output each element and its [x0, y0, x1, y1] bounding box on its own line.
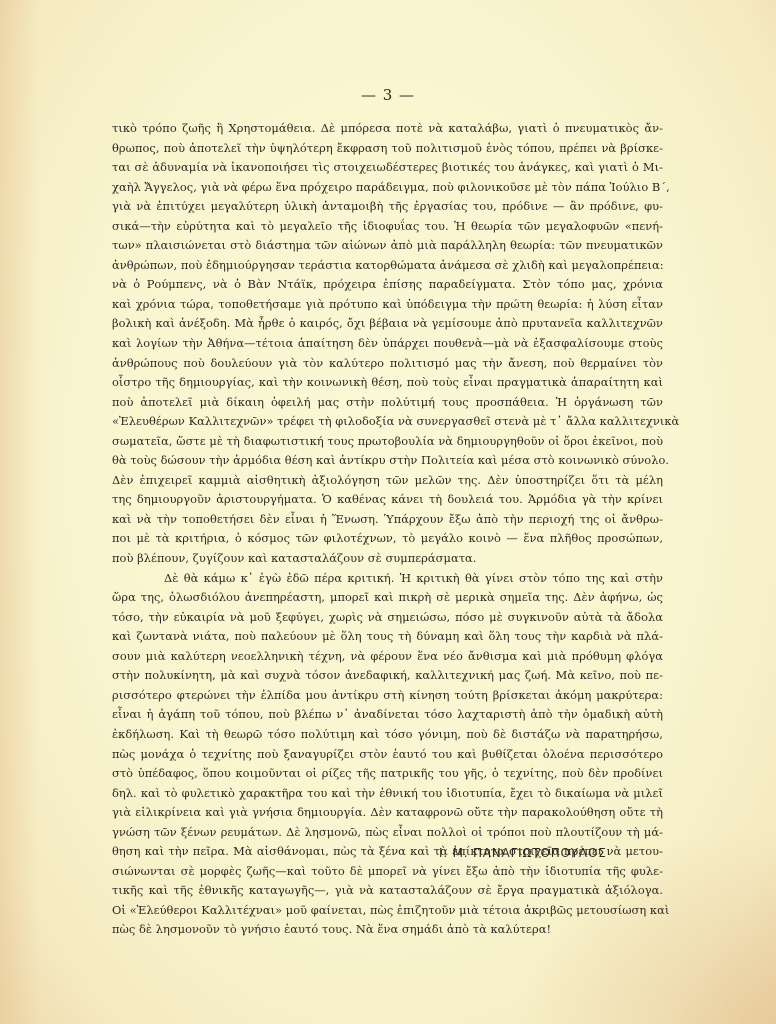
text-line: θὰ τοὺς δώσουν τὴν ἁρμόδια θέση καὶ ἀντί…: [112, 451, 663, 471]
article-body: τικὸ τρόπο ζωῆς ἢ Χρηστομάθεια. Δὲ μπόρε…: [112, 119, 663, 940]
text-line: στὸ ὑπέδαφος, ὅπου κοιμοῦνται οἱ ρίζες τ…: [112, 764, 663, 784]
text-line: ὥρα της, ὁλωσδιόλου ἀνεπηρέαστη, μπορεῖ …: [112, 588, 663, 608]
text-line: σιώνωνται σὲ μορφὲς ζωῆς—καὶ τοῦτο δὲ μπ…: [112, 862, 663, 882]
text-line: Δὲ θὰ κάμω κ᾽ ἐγὼ ἐδῶ πέρα κριτική. Ἡ κρ…: [112, 569, 663, 589]
text-line: πὼς δὲ λησμονοῦν τὸ γνήσιο ἑαυτό τους. Ν…: [112, 920, 663, 940]
text-line: σωματεῖα, ὥστε μὲ τὴ διαφωτιστική τους π…: [112, 432, 663, 452]
text-line: καὶ χρόνια τώρα, τοποθετήσαμε γιὰ πρότυπ…: [112, 295, 663, 315]
text-line: τικῆς καὶ τῆς ἐθνικῆς καταγωγῆς—, γιὰ νὰ…: [112, 881, 663, 901]
paper-edge-stain-left: [0, 0, 40, 1024]
text-line: χαὴλ Ἄγγελος, γιὰ νὰ φέρω ἕνα πρόχειρο π…: [112, 178, 663, 198]
text-line: οἶστρο τῆς δημιουργίας, καὶ τὴν κοινωνικ…: [112, 373, 663, 393]
text-line: γιὰ νὰ ἐπιτύχει μεγαλύτερη ὑλικὴ ἀνταμοι…: [112, 197, 663, 217]
text-line: καὶ λογίων τὴν Ἀθήνα—τέτοια ἀπαίτηση δὲν…: [112, 334, 663, 354]
paragraph-1: τικὸ τρόπο ζωῆς ἢ Χρηστομάθεια. Δὲ μπόρε…: [112, 119, 663, 569]
text-line: σικά—τὴν εὐρύτητα καὶ τὸ μεγαλεῖο τῆς ἰδ…: [112, 217, 663, 237]
text-line: καὶ ζωντανὰ νιάτα, ποὺ παλεύουν μὲ ὅλη τ…: [112, 627, 663, 647]
text-line: ἀνθρώπους ποὺ δουλεύουν γιὰ τὸν καλύτερο…: [112, 354, 663, 374]
text-line: δηλ. καὶ τὸ φυλετικὸ χαρακτῆρα του καὶ τ…: [112, 784, 663, 804]
text-line: της δημιουργοῦν ἀριστουργήματα. Ὁ καθένα…: [112, 490, 663, 510]
text-line: ποὺ βλέπουν, ζυγίζουν καὶ κατασταλάζουν …: [112, 549, 663, 569]
text-line: σουν μιὰ καλύτερη νεοελληνικὴ τέχνη, νὰ …: [112, 647, 663, 667]
text-line: «Ἐλευθέρων Καλλιτεχνῶν» τρέφει τὴ φιλοδο…: [112, 412, 663, 432]
text-line: ται σὲ ἀδυναμία νὰ ἱκανοποιήσει τὶς στοι…: [112, 158, 663, 178]
text-line: καὶ νὰ τὴν τοποθετήσει δὲν εἶναι ἡ Ἕνωση…: [112, 510, 663, 530]
text-line: εἶναι ἡ ἀγάπη τοῦ τόπου, ποὺ βλέπω ν᾽ ἀν…: [112, 705, 663, 725]
page-number: — 3 —: [0, 86, 776, 104]
text-line: ἐκδήλωση. Καὶ τὴ θεωρῶ τόσο πολύτιμη καὶ…: [112, 725, 663, 745]
text-line: γιὰ εἰλικρίνεια καὶ γιὰ γνήσια δημιουργί…: [112, 803, 663, 823]
text-line: πὼς μονάχα ὁ τεχνίτης ποὺ ξαναγυρίζει στ…: [112, 745, 663, 765]
author-signature: I. M. ΠΑΝΑΓΙΩΤΟΠΟΥΛΟΣ: [439, 846, 607, 860]
paragraph-2: Δὲ θὰ κάμω κ᾽ ἐγὼ ἐδῶ πέρα κριτική. Ἡ κρ…: [112, 569, 663, 940]
text-line: βολικὴ καὶ ἀνέξοδη. Μὰ ἦρθε ὁ καιρός, ὄχ…: [112, 314, 663, 334]
text-line: Δὲν ἐπιχειρεῖ καμμιὰ αἰσθητικὴ ἀξιολόγησ…: [112, 471, 663, 491]
text-line: νὰ ὁ Ρούμπενς, νὰ ὁ Βὰν Ντάϊκ, πρόχειρα …: [112, 275, 663, 295]
text-line: τικὸ τρόπο ζωῆς ἢ Χρηστομάθεια. Δὲ μπόρε…: [112, 119, 663, 139]
text-line: ρισσότερο φτερώνει τὴν ἐλπίδα μου ἀντίκρ…: [112, 686, 663, 706]
text-line: ποὺ ἀποτελεῖ μιὰ δίκαιη ὀφειλή μας στὴν …: [112, 393, 663, 413]
text-line: γνώση τῶν ξένων ρευμάτων. Δὲ λησμονῶ, πὼ…: [112, 823, 663, 843]
text-line: θρωπος, ποὺ ἀποτελεῖ τὴν ὑψηλότερη ἔκφρα…: [112, 139, 663, 159]
text-line: ἀνθρώπων, ποὺ ἐδημιούργησαν τεράστια κατ…: [112, 256, 663, 276]
text-line: Οἱ «Ἐλεύθεροι Καλλιτέχναι» μοῦ φαίνεται,…: [112, 901, 663, 921]
text-line: των» πλαισιώνεται στὸ διάστημα τῶν αἰώνω…: [112, 236, 663, 256]
text-line: τόσο, τὴν εὐκαιρία νὰ μοῦ ξεφύγει, χωρὶς…: [112, 608, 663, 628]
text-line: ποι μὲ τὰ κριτήρια, ὁ κόσμος τῶν φιλοτέχ…: [112, 529, 663, 549]
text-line: στὴν πολυκίνητη, μὰ καὶ συχνὰ τόσον ἀνεδ…: [112, 666, 663, 686]
